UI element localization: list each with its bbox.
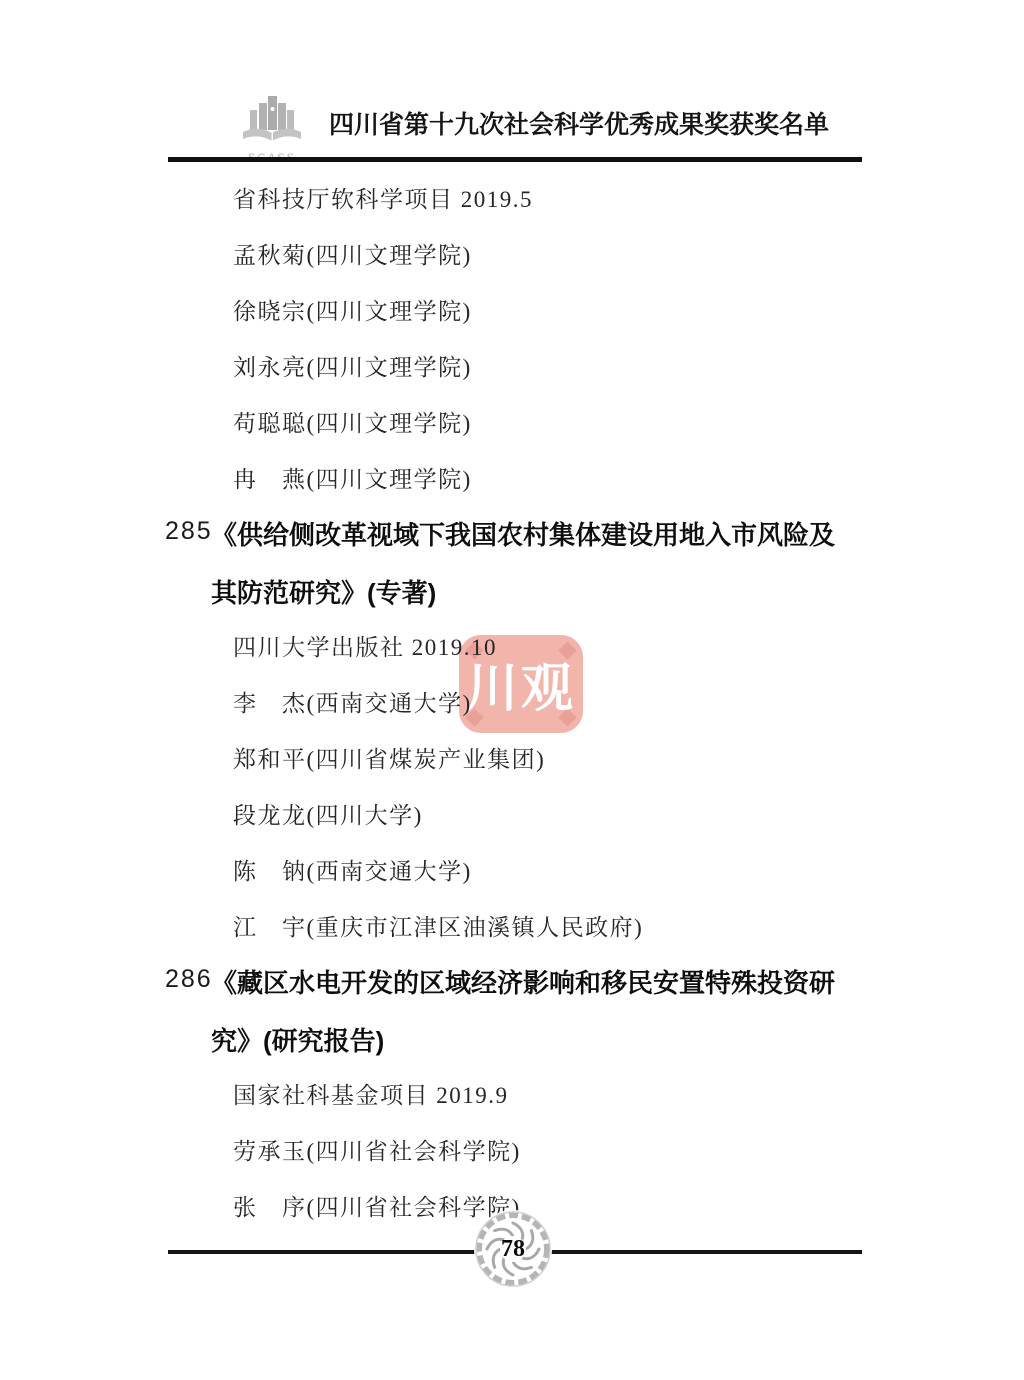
text-line: 刘永亮(四川文理学院) (0, 337, 1024, 393)
text-line: 孟秋菊(四川文理学院) (0, 225, 1024, 281)
text-line: 郑和平(四川省煤炭产业集团) (0, 729, 1024, 785)
line-text: 《藏区水电开发的区域经济影响和移民安置特殊投资研 (211, 968, 835, 998)
text-line: 陈 钠(西南交通大学) (0, 841, 1024, 897)
text-line: 285 《供给侧改革视域下我国农村集体建设用地入市风险及 (0, 505, 1024, 561)
line-text: 段龙龙(四川大学) (233, 803, 423, 828)
line-text: 徐晓宗(四川文理学院) (233, 299, 472, 324)
text-line: 其防范研究》(专著) (0, 561, 1024, 617)
line-text: 四川大学出版社 2019.10 (233, 635, 497, 660)
line-text: 其防范研究》(专著) (211, 578, 436, 608)
entry-number: 286 (165, 965, 213, 994)
document-page: SGASS 四川省第十九次社会科学优秀成果奖获奖名单 川观 省科技厅软科学项目 … (0, 0, 1024, 1380)
line-text: 刘永亮(四川文理学院) (233, 355, 472, 380)
page-number: 78 (474, 1210, 552, 1288)
line-text: 江 宇(重庆市江津区油溪镇人民政府) (233, 915, 643, 940)
line-text: 孟秋菊(四川文理学院) (233, 243, 472, 268)
line-text: 究》(研究报告) (211, 1026, 384, 1056)
text-line: 省科技厅软科学项目 2019.5 (0, 169, 1024, 225)
text-line: 劳承玉(四川省社会科学院) (0, 1121, 1024, 1177)
line-text: 郑和平(四川省煤炭产业集团) (233, 747, 545, 772)
line-text: 省科技厅软科学项目 2019.5 (233, 187, 533, 212)
line-text: 国家社科基金项目 2019.9 (233, 1083, 509, 1108)
text-line: 286 《藏区水电开发的区域经济影响和移民安置特殊投资研 (0, 953, 1024, 1009)
line-text: 苟聪聪(四川文理学院) (233, 411, 472, 436)
text-line: 国家社科基金项目 2019.9 (0, 1065, 1024, 1121)
line-text: 冉 燕(四川文理学院) (233, 467, 472, 492)
document-lines: 省科技厅软科学项目 2019.5 孟秋菊(四川文理学院) 徐晓宗(四川文理学院)… (0, 169, 1024, 1233)
publisher-logo: SGASS (230, 94, 314, 164)
text-line: 究》(研究报告) (0, 1009, 1024, 1065)
line-text: 陈 钠(西南交通大学) (233, 859, 472, 884)
text-line: 徐晓宗(四川文理学院) (0, 281, 1024, 337)
header-rule (168, 157, 862, 162)
page-title: 四川省第十九次社会科学优秀成果奖获奖名单 (329, 105, 869, 141)
text-line: 段龙龙(四川大学) (0, 785, 1024, 841)
buildings-book-logo-icon (232, 94, 312, 146)
text-line: 江 宇(重庆市江津区油溪镇人民政府) (0, 897, 1024, 953)
line-text: 劳承玉(四川省社会科学院) (233, 1139, 521, 1164)
text-line: 冉 燕(四川文理学院) (0, 449, 1024, 505)
text-line: 李 杰(西南交通大学) (0, 673, 1024, 729)
line-text: 李 杰(西南交通大学) (233, 691, 472, 716)
text-line: 四川大学出版社 2019.10 (0, 617, 1024, 673)
entry-number: 285 (165, 517, 213, 546)
line-text: 《供给侧改革视域下我国农村集体建设用地入市风险及 (211, 520, 835, 550)
text-line: 苟聪聪(四川文理学院) (0, 393, 1024, 449)
